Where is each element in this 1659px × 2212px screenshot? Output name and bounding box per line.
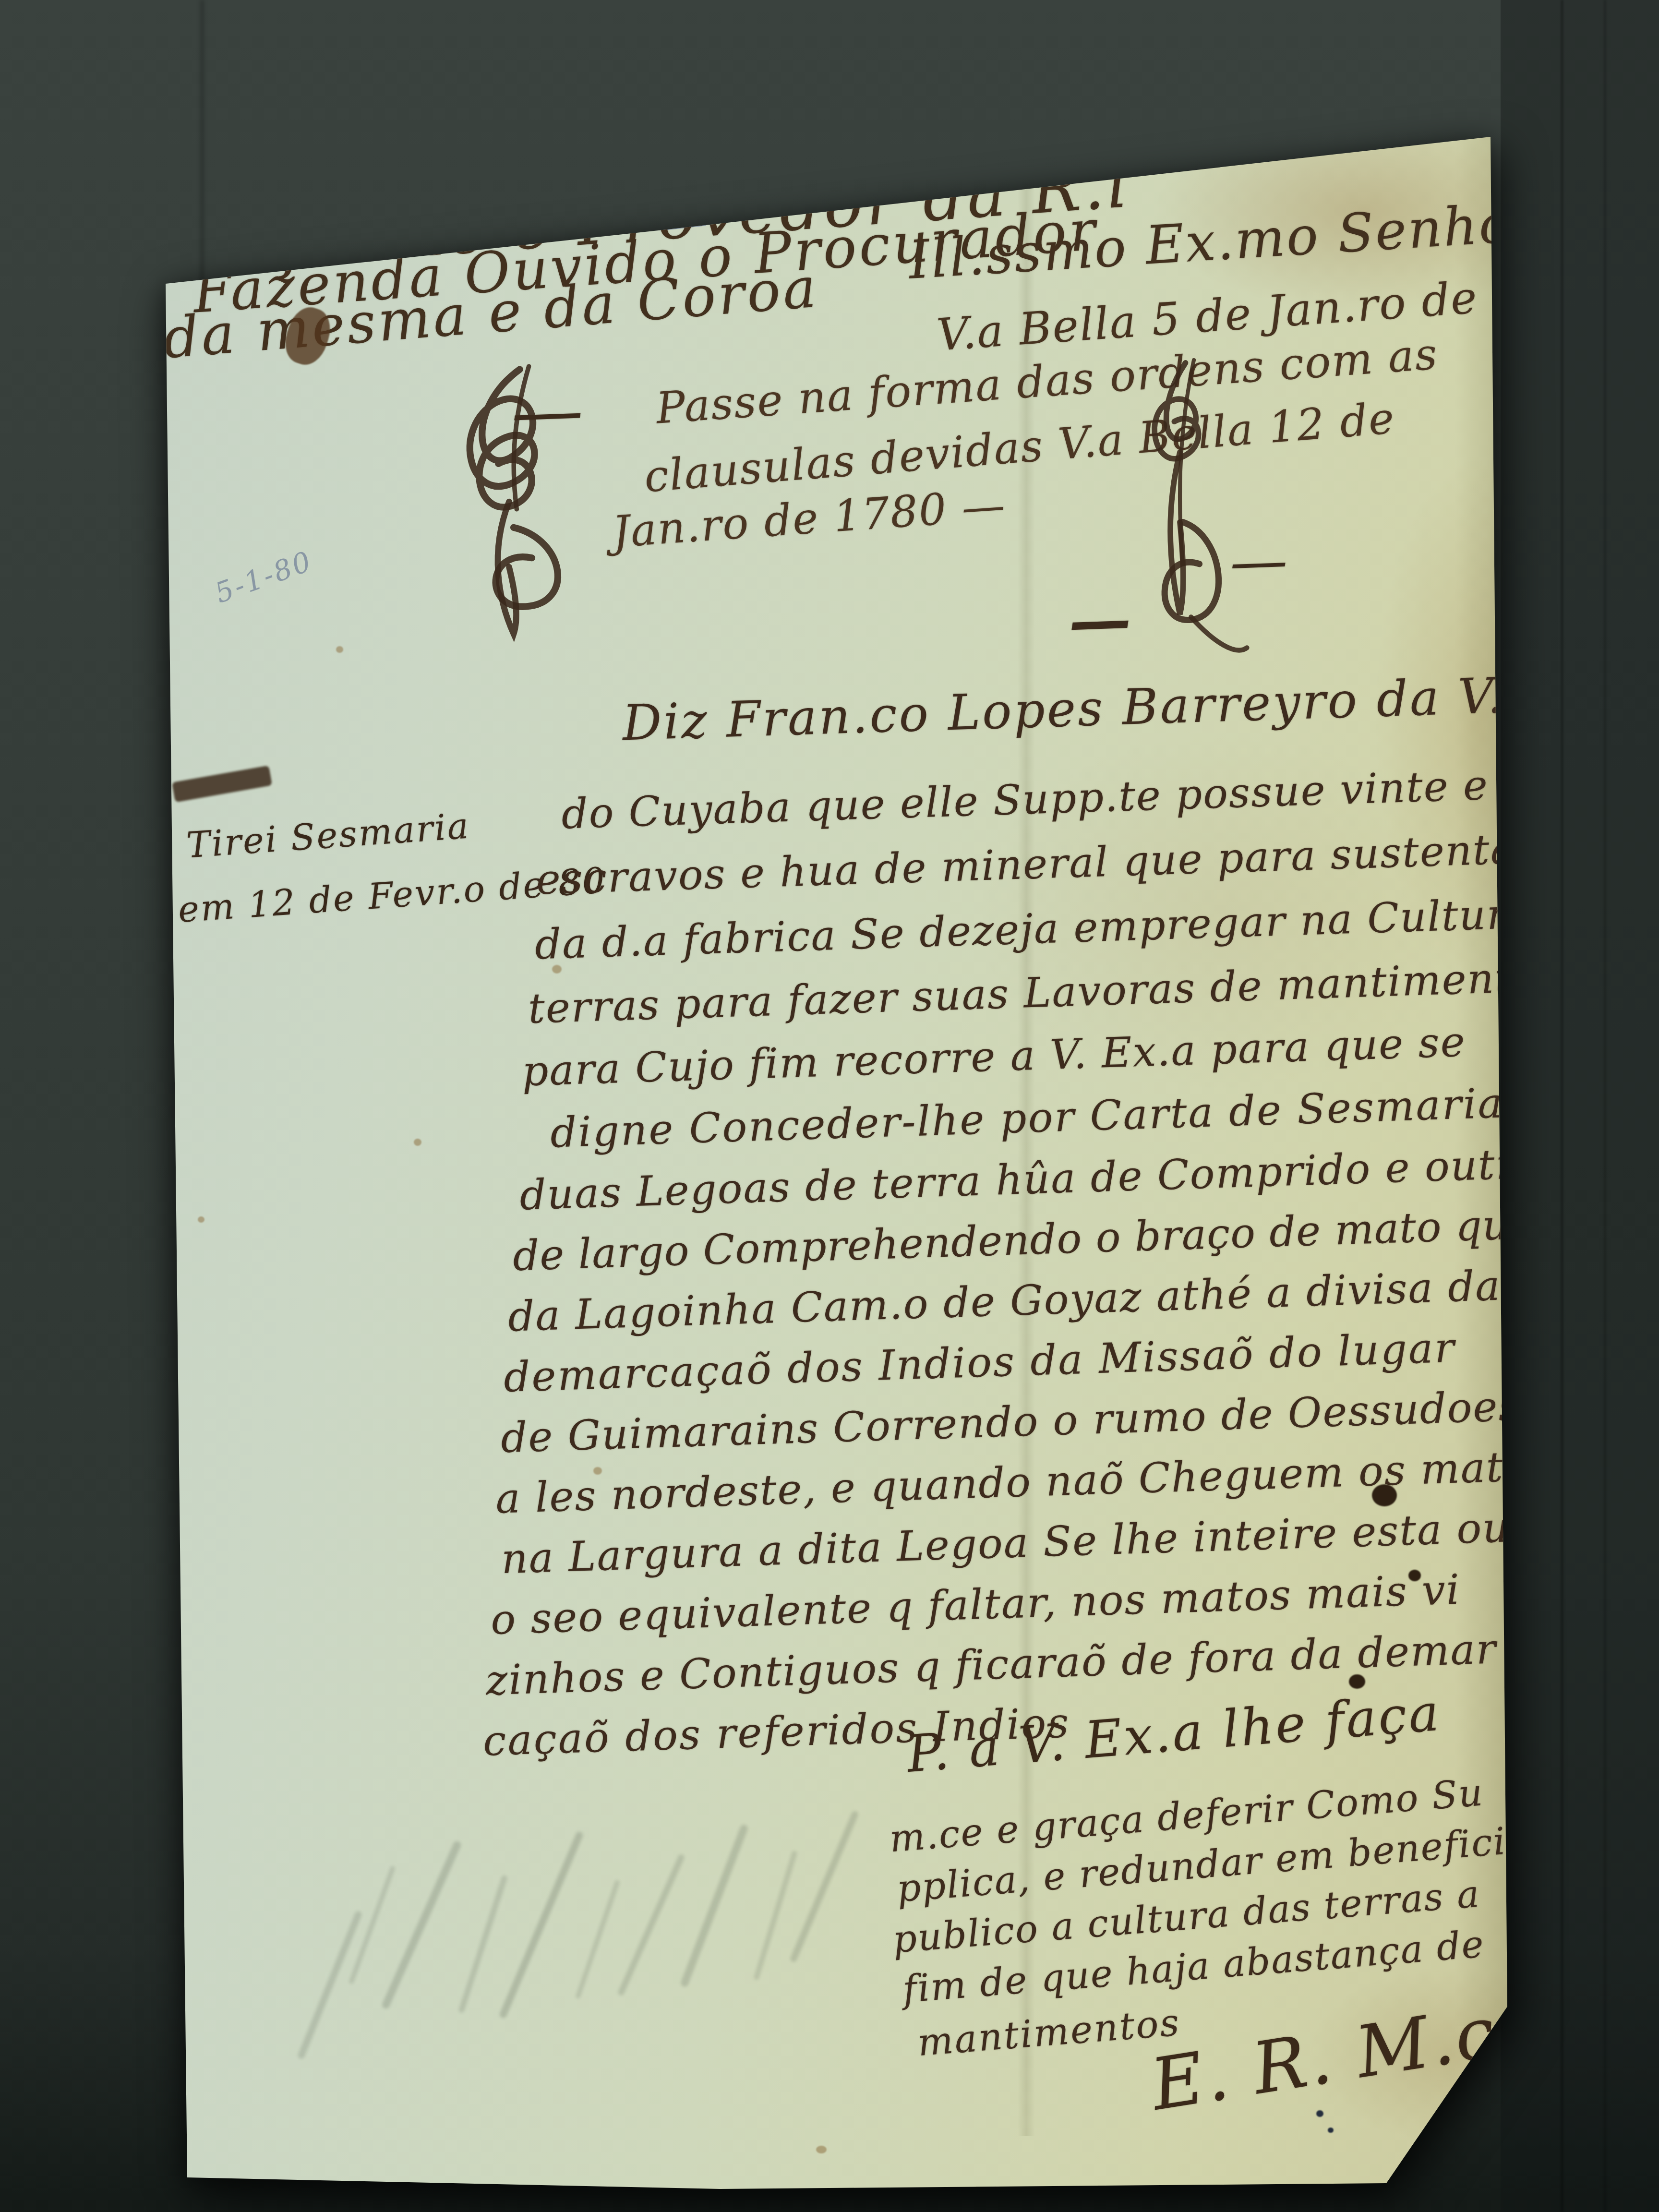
ink-blot: [1328, 2128, 1334, 2133]
margin-ink-smear: [172, 766, 272, 803]
petition-line: Diz Fran.co Lopes Barreyro da V.a: [622, 666, 1537, 752]
ink-blot: [1408, 1570, 1421, 1581]
bleed-through-stroke: [575, 1879, 620, 1999]
closing-line: mantimentos: [916, 2001, 1182, 2065]
ink-dash: —: [510, 368, 585, 454]
margin-note-line: Tirei Sesmaria: [185, 805, 471, 866]
foxing-spot: [336, 646, 343, 653]
bleed-through-stroke: [297, 1910, 363, 2059]
foxing-spot: [552, 965, 562, 974]
bleed-through-stroke: [789, 1810, 859, 1963]
ink-dash: —: [1067, 582, 1132, 658]
ink-dash: —: [1229, 527, 1289, 596]
archival-pencil-note: 5-1-80: [211, 544, 317, 610]
bleed-through-stroke: [617, 1853, 685, 1996]
bleed-through-marks: [298, 1805, 912, 2093]
petition-line: escravos e hua de mineral que para suste…: [535, 823, 1592, 904]
foxing-spot: [414, 1139, 421, 1146]
bleed-through-stroke: [381, 1840, 462, 2010]
manuscript-page: Informe o Provedor da R.l Fazenda Ouvido…: [0, 0, 1659, 2212]
petition-line: para Cujo fim recorre a V. Ex.a para que…: [521, 1018, 1467, 1096]
photo-background: { "colors": { "background": "#343c38", "…: [0, 0, 1659, 2212]
petition-body: Diz Fran.co Lopes Barreyro da V.a do Cuy…: [432, 666, 1571, 1828]
bleed-through-stroke: [458, 1875, 508, 2013]
bleed-through-stroke: [499, 1831, 584, 2019]
foxing-spot: [593, 1467, 602, 1475]
ink-blot: [1372, 1484, 1397, 1506]
paper-shadow-wrap: Informe o Provedor da R.l Fazenda Ouvido…: [0, 0, 1659, 2212]
foxing-spot: [816, 2146, 827, 2153]
ink-blot: [1316, 2110, 1323, 2117]
ink-blot: [1349, 1674, 1365, 1689]
bleed-through-stroke: [680, 1824, 749, 1988]
foxing-spot: [198, 1216, 204, 1223]
